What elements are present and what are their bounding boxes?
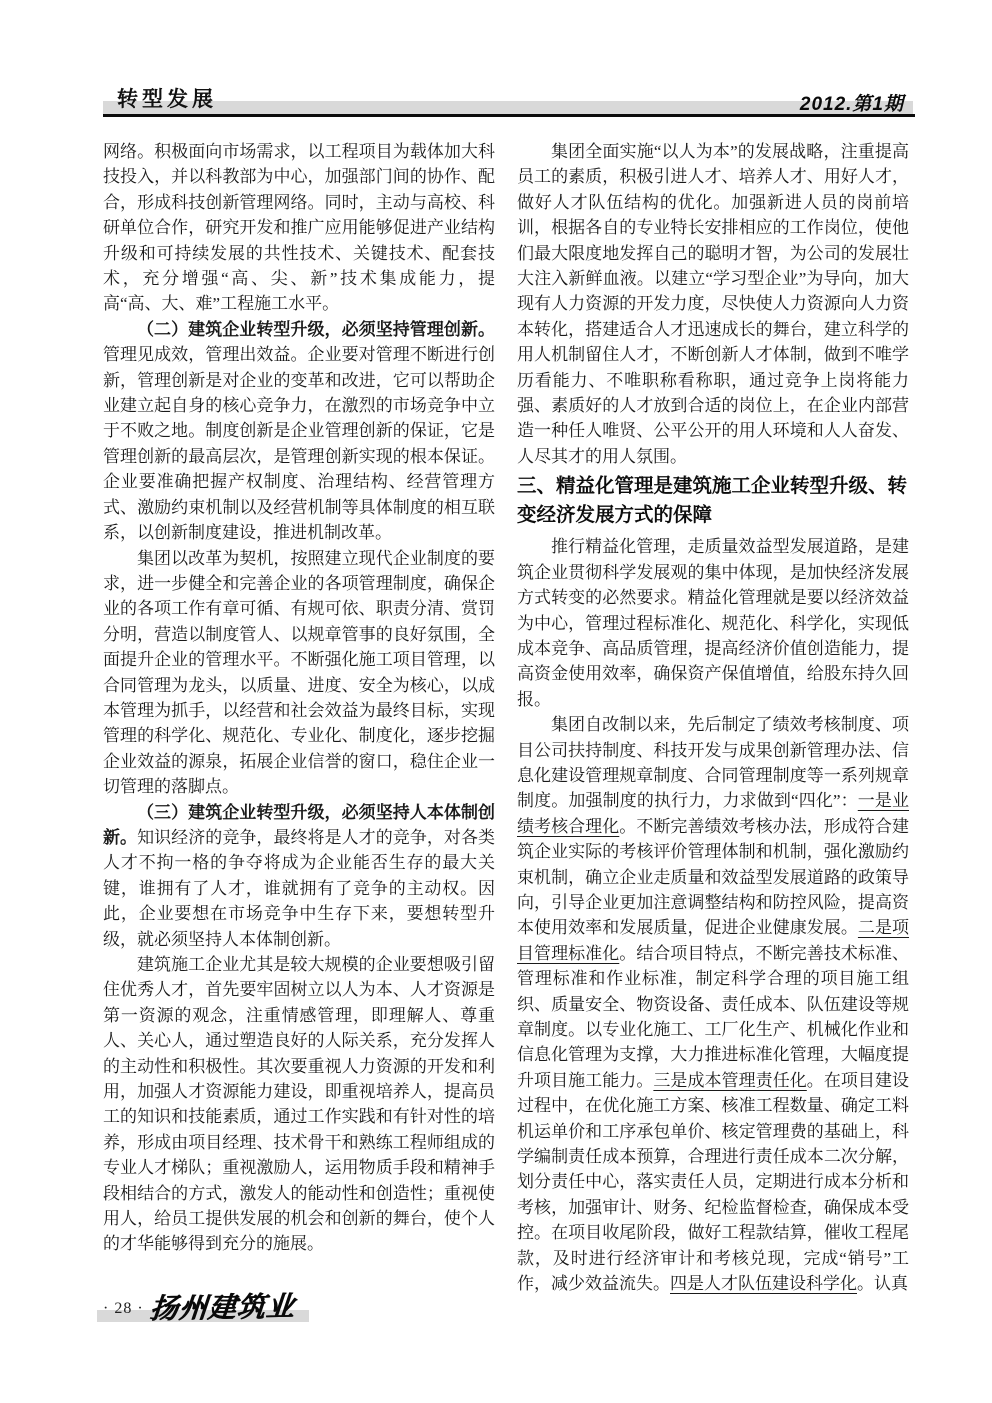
emphasis-run: 三是成本管理责任化 xyxy=(653,1071,806,1090)
section-title: 转型发展 xyxy=(117,83,217,113)
paragraph: 建筑施工企业尤其是较大规模的企业要想吸引留住优秀人才，首先要牢固树立以人为本、人… xyxy=(103,952,495,1257)
text-run: 。认真 xyxy=(857,1274,908,1293)
text-run: 管理见成效，管理出效益。企业要对管理不断进行创新，管理创新是对企业的变革和改进，… xyxy=(103,345,495,542)
paragraph: （二）建筑企业转型升级，必须坚持管理创新。管理见成效，管理出效益。企业要对管理不… xyxy=(103,317,495,546)
paragraph: 推行精益化管理，走质量效益型发展道路，是建筑企业贯彻科学发展观的集中体现，是加快… xyxy=(517,534,909,712)
header-band xyxy=(103,101,913,114)
text-run: 集团自改制以来，先后制定了绩效考核制度、项目公司扶持制度、科技开发与成果创新管理… xyxy=(517,715,909,810)
text-run: 推行精益化管理，走质量效益型发展道路，是建筑企业贯彻科学发展观的集中体现，是加快… xyxy=(517,537,909,708)
emphasis-run: 四是人才队伍建设科学化 xyxy=(670,1274,857,1293)
magazine-page: 转型发展 2012.第1期 网络。积极面向市场需求，以工程项目为载体加大科技投入… xyxy=(0,0,992,1403)
text-run: 建筑施工企业尤其是较大规模的企业要想吸引留住优秀人才，首先要牢固树立以人为本、人… xyxy=(103,955,495,1253)
left-column: 网络。积极面向市场需求，以工程项目为载体加大科技投入，并以科教部为中心，加强部门… xyxy=(103,139,495,1296)
issue-label: 2012.第1期 xyxy=(800,89,904,116)
text-run: 网络。积极面向市场需求，以工程项目为载体加大科技投入，并以科教部为中心，加强部门… xyxy=(103,142,495,313)
right-column: 集团全面实施“以人为本”的发展战略，注重提高员工的素质，积极引进人才、培养人才、… xyxy=(517,139,909,1296)
paragraph-lead: （二）建筑企业转型升级，必须坚持管理创新。 xyxy=(137,320,495,339)
header-rule xyxy=(103,114,915,117)
paragraph: 集团自改制以来，先后制定了绩效考核制度、项目公司扶持制度、科技开发与成果创新管理… xyxy=(517,712,909,1296)
paragraph: （三）建筑企业转型升级，必须坚持人本体制创新。知识经济的竞争，最终将是人才的竞争… xyxy=(103,800,495,952)
text-run: 知识经济的竞争，最终将是人才的竞争，对各类人才不拘一格的争夺将成为企业能否生存的… xyxy=(103,828,495,949)
paragraph: 集团以改革为契机，按照建立现代企业制度的要求，进一步健全和完善企业的各项管理制度… xyxy=(103,546,495,800)
article-body: 网络。积极面向市场需求，以工程项目为载体加大科技投入，并以科教部为中心，加强部门… xyxy=(103,139,909,1296)
paragraph: 集团全面实施“以人为本”的发展战略，注重提高员工的素质，积极引进人才、培养人才、… xyxy=(517,139,909,469)
page-number: · 28 · xyxy=(103,1300,144,1318)
paragraph: 网络。积极面向市场需求，以工程项目为载体加大科技投入，并以科教部为中心，加强部门… xyxy=(103,139,495,317)
section-heading: 三、精益化管理是建筑施工企业转型升级、转变经济发展方式的保障 xyxy=(517,472,909,530)
journal-logo: 扬州建筑业 xyxy=(148,1285,297,1328)
text-run: 。结合项目特点，不断完善技术标准、管理标准和作业标准，制定科学合理的项目施工组织… xyxy=(517,944,909,1090)
text-run: 。在项目建设过程中，在优化施工方案、核准工程数量、确定工料机运单价和工序承包单价… xyxy=(517,1071,909,1293)
text-run: 集团全面实施“以人为本”的发展战略，注重提高员工的素质，积极引进人才、培养人才、… xyxy=(517,142,909,466)
text-run: 集团以改革为契机，按照建立现代企业制度的要求，进一步健全和完善企业的各项管理制度… xyxy=(103,549,495,797)
